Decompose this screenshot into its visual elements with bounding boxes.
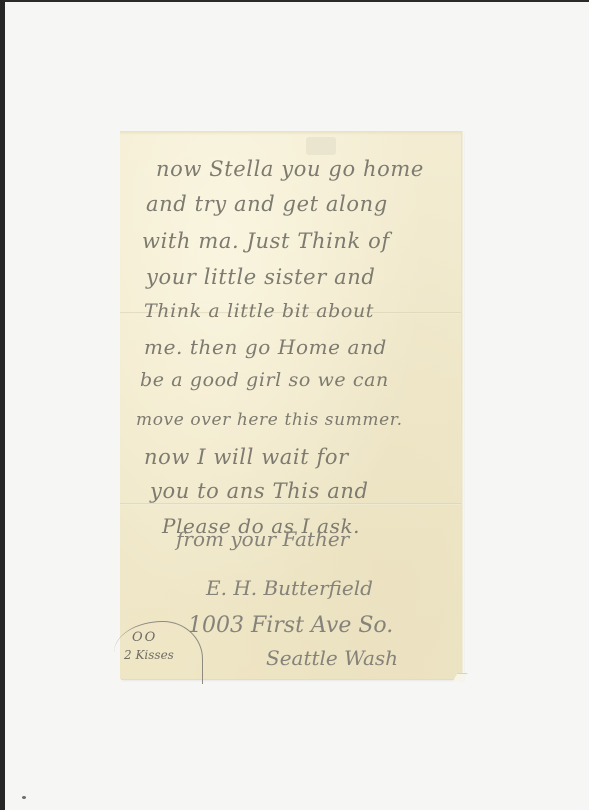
scan-border-top <box>0 0 589 2</box>
signature-address-street: 1003 First Ave So. <box>188 615 393 637</box>
postscript-kiss-symbols: OO <box>132 631 157 644</box>
scan-border-left <box>0 0 5 810</box>
letter-line: move over here this summer. <box>136 412 403 429</box>
letter-line: now I will wait for <box>144 447 349 468</box>
letter-page: now Stella you go home and try and get a… <box>120 131 462 679</box>
scan-dust-speck <box>22 796 26 799</box>
postscript-note: 2 Kisses <box>124 649 174 661</box>
letter-line: and try and get along <box>146 194 388 215</box>
signature-name: E. H. Butterfield <box>206 578 373 598</box>
paper-corner <box>452 673 467 682</box>
paper-edge <box>461 131 464 679</box>
letter-closing: from your Father <box>176 529 349 549</box>
letter-line: now Stella you go home <box>156 159 424 180</box>
fold-line <box>120 503 462 505</box>
letter-line: Think a little bit about <box>144 302 374 321</box>
letter-line: me. then go Home and <box>144 337 387 357</box>
letter-line: be a good girl so we can <box>140 371 389 390</box>
letter-line: your little sister and <box>146 267 375 288</box>
signature-address-city: Seattle Wash <box>266 648 398 668</box>
letter-line: with ma. Just Think of <box>142 231 390 252</box>
faint-page-mark <box>306 137 336 155</box>
letter-line: you to ans This and <box>150 481 369 502</box>
